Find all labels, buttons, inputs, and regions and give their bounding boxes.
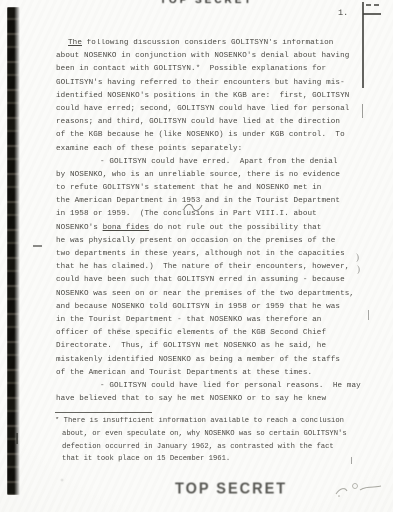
text-line: about, or even speculate on, why NOSENKO… xyxy=(55,428,375,441)
text-line: identified NOSENKO's positions in the KG… xyxy=(56,90,366,103)
text-line: he was physically present on occasion on… xyxy=(56,235,366,248)
text-line: examine each of these points separately: xyxy=(56,143,366,156)
text-line: have believed that to say he met NOSENKO… xyxy=(56,393,366,406)
margin-dash-mark xyxy=(363,13,381,15)
text-line: NOSENKO's bona fides do not rule out the… xyxy=(56,222,366,235)
margin-dash-mark xyxy=(366,4,382,6)
text-line: NOSENKO was seen on or near the premises… xyxy=(56,288,366,301)
text-line: about NOSENKO in conjunction with NOSENK… xyxy=(56,50,366,63)
text-line: that it took place on 15 December 1961. xyxy=(55,453,375,466)
text-line: in 1958 or 1959. (The conclusions in Par… xyxy=(56,208,366,221)
top-secret-stamp-bottom: TOP SECRET xyxy=(175,480,287,497)
margin-tick-mark xyxy=(368,310,369,320)
text-line: two departments in these years, although… xyxy=(56,248,366,261)
text-line: - GOLITSYN could have erred. Apart from … xyxy=(56,156,366,169)
page-number: 1. xyxy=(338,8,348,18)
text-line: that he has claimed.) The nature of thei… xyxy=(56,261,366,274)
text-line: by NOSENKO, who is an unreliable source,… xyxy=(56,169,366,182)
margin-dash-mark xyxy=(33,245,42,247)
text-line: officer of these specific elements of th… xyxy=(56,327,366,340)
text-line: and because NOSENKO told GOLITSYN in 195… xyxy=(56,301,366,314)
margin-paren-mark: ) xyxy=(357,264,360,274)
text-line: the American Department in 1953 and in t… xyxy=(56,195,366,208)
top-secret-stamp-top: TOP SECRET xyxy=(160,0,254,6)
scanned-document-page: TOP SECRET 1. The following discussion c… xyxy=(0,0,393,512)
text-line: of the American and Tourist Departments … xyxy=(56,367,366,380)
margin-paren-mark: ) xyxy=(356,252,359,262)
document-body: The following discussion considers GOLIT… xyxy=(56,37,366,406)
footnote-separator xyxy=(55,412,152,413)
text-line: Directorate. Thus, if GOLITSYN met NOSEN… xyxy=(56,340,366,353)
text-line: could have erred; second, GOLITSYN could… xyxy=(56,103,366,116)
text-line: been in contact with GOLITSYN.* Possible… xyxy=(56,63,366,76)
text-line: to refute GOLITSYN's statement that he a… xyxy=(56,182,366,195)
handwritten-mark xyxy=(330,477,390,501)
margin-tick-mark xyxy=(16,433,18,444)
text-line: defection occurred in January 1962, as c… xyxy=(55,441,375,454)
text-line: mistakenly identified NOSENKO as being a… xyxy=(56,354,366,367)
text-line: could have been such that GOLITSYN erred… xyxy=(56,274,366,287)
text-line: of the KGB because he (like NOSENKO) is … xyxy=(56,129,366,142)
text-line: * There is insufficient information avai… xyxy=(55,415,375,428)
handwritten-insertion-mark xyxy=(182,202,204,211)
text-line: - GOLITSYN could have lied for personal … xyxy=(56,380,366,393)
scan-binding-edge xyxy=(7,7,20,495)
footnote: * There is insufficient information avai… xyxy=(55,415,375,466)
text-line: GOLITSYN's having referred to their enco… xyxy=(56,77,366,90)
text-line: reasons; and third, GOLITSYN could have … xyxy=(56,116,366,129)
text-line: The following discussion considers GOLIT… xyxy=(56,37,366,50)
text-line: in the Tourist Department - that NOSENKO… xyxy=(56,314,366,327)
